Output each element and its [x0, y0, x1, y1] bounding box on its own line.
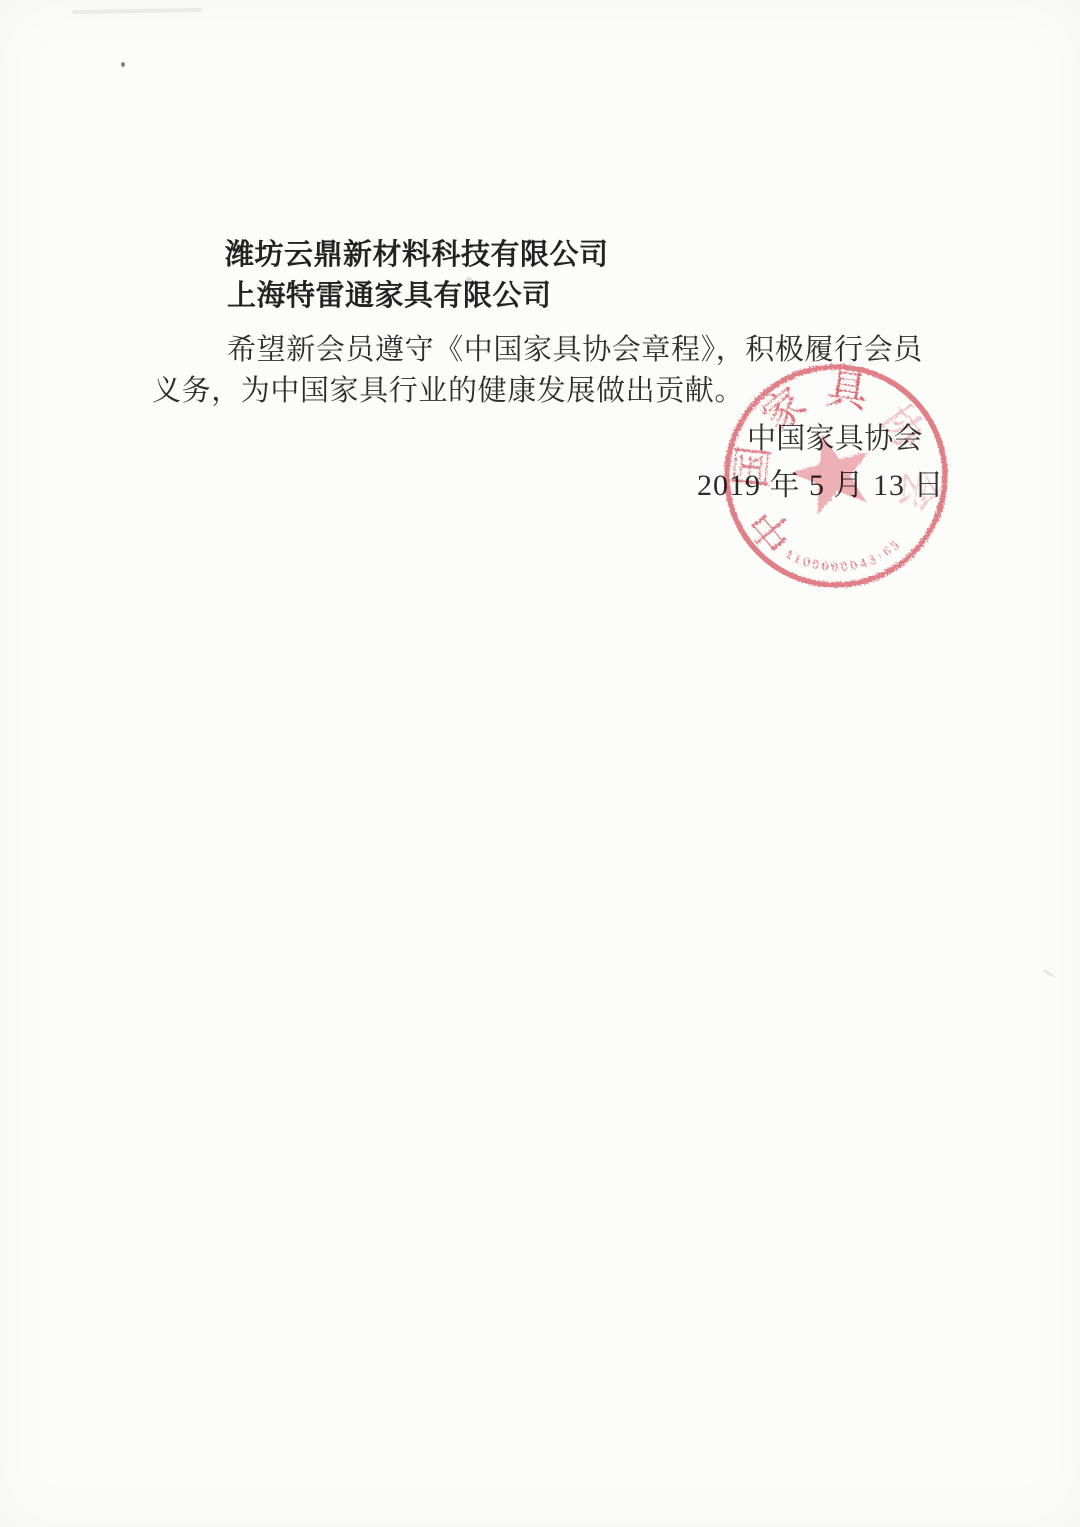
seal-arc-char-5: 协 [871, 397, 934, 460]
star-icon [782, 423, 881, 519]
seal-number: 1100000043·65 [783, 535, 904, 574]
scanned-letter-page: 潍坊云鼎新材料科技有限公司 上海特雷通家具有限公司 希望新会员遵守《中国家具协会… [0, 0, 1080, 1527]
scan-smudge [72, 8, 202, 14]
seal-arc-char-2: 国 [729, 444, 779, 491]
official-seal-stamp: 中 国 家 具 协 会 1100000043·65 [712, 352, 960, 600]
scan-speck [466, 277, 472, 282]
seal-arc-char-4: 具 [823, 366, 873, 418]
seal-arc-char-3: 家 [754, 380, 815, 442]
recipient-company-2: 上海特雷通家具有限公司 [227, 282, 552, 311]
body-text-line-2: 义务，为中国家具行业的健康发展做出贡献。 [152, 377, 744, 406]
scan-speck [1042, 969, 1055, 979]
recipient-company-1: 潍坊云鼎新材料科技有限公司 [225, 241, 609, 270]
seal-arc-char-6: 会 [891, 465, 944, 514]
scan-speck [121, 62, 125, 67]
